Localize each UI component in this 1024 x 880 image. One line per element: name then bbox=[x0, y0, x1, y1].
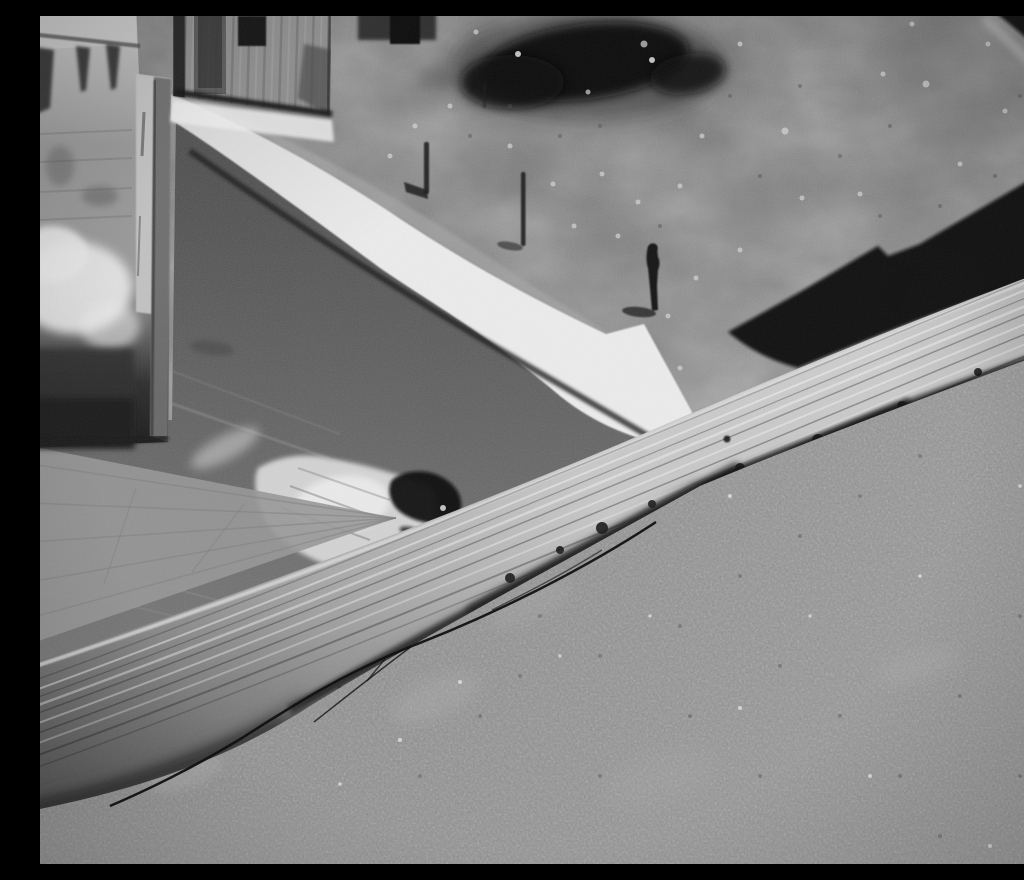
photograph bbox=[40, 16, 1024, 864]
photo-canvas bbox=[40, 16, 1024, 864]
vignette bbox=[40, 16, 1024, 864]
